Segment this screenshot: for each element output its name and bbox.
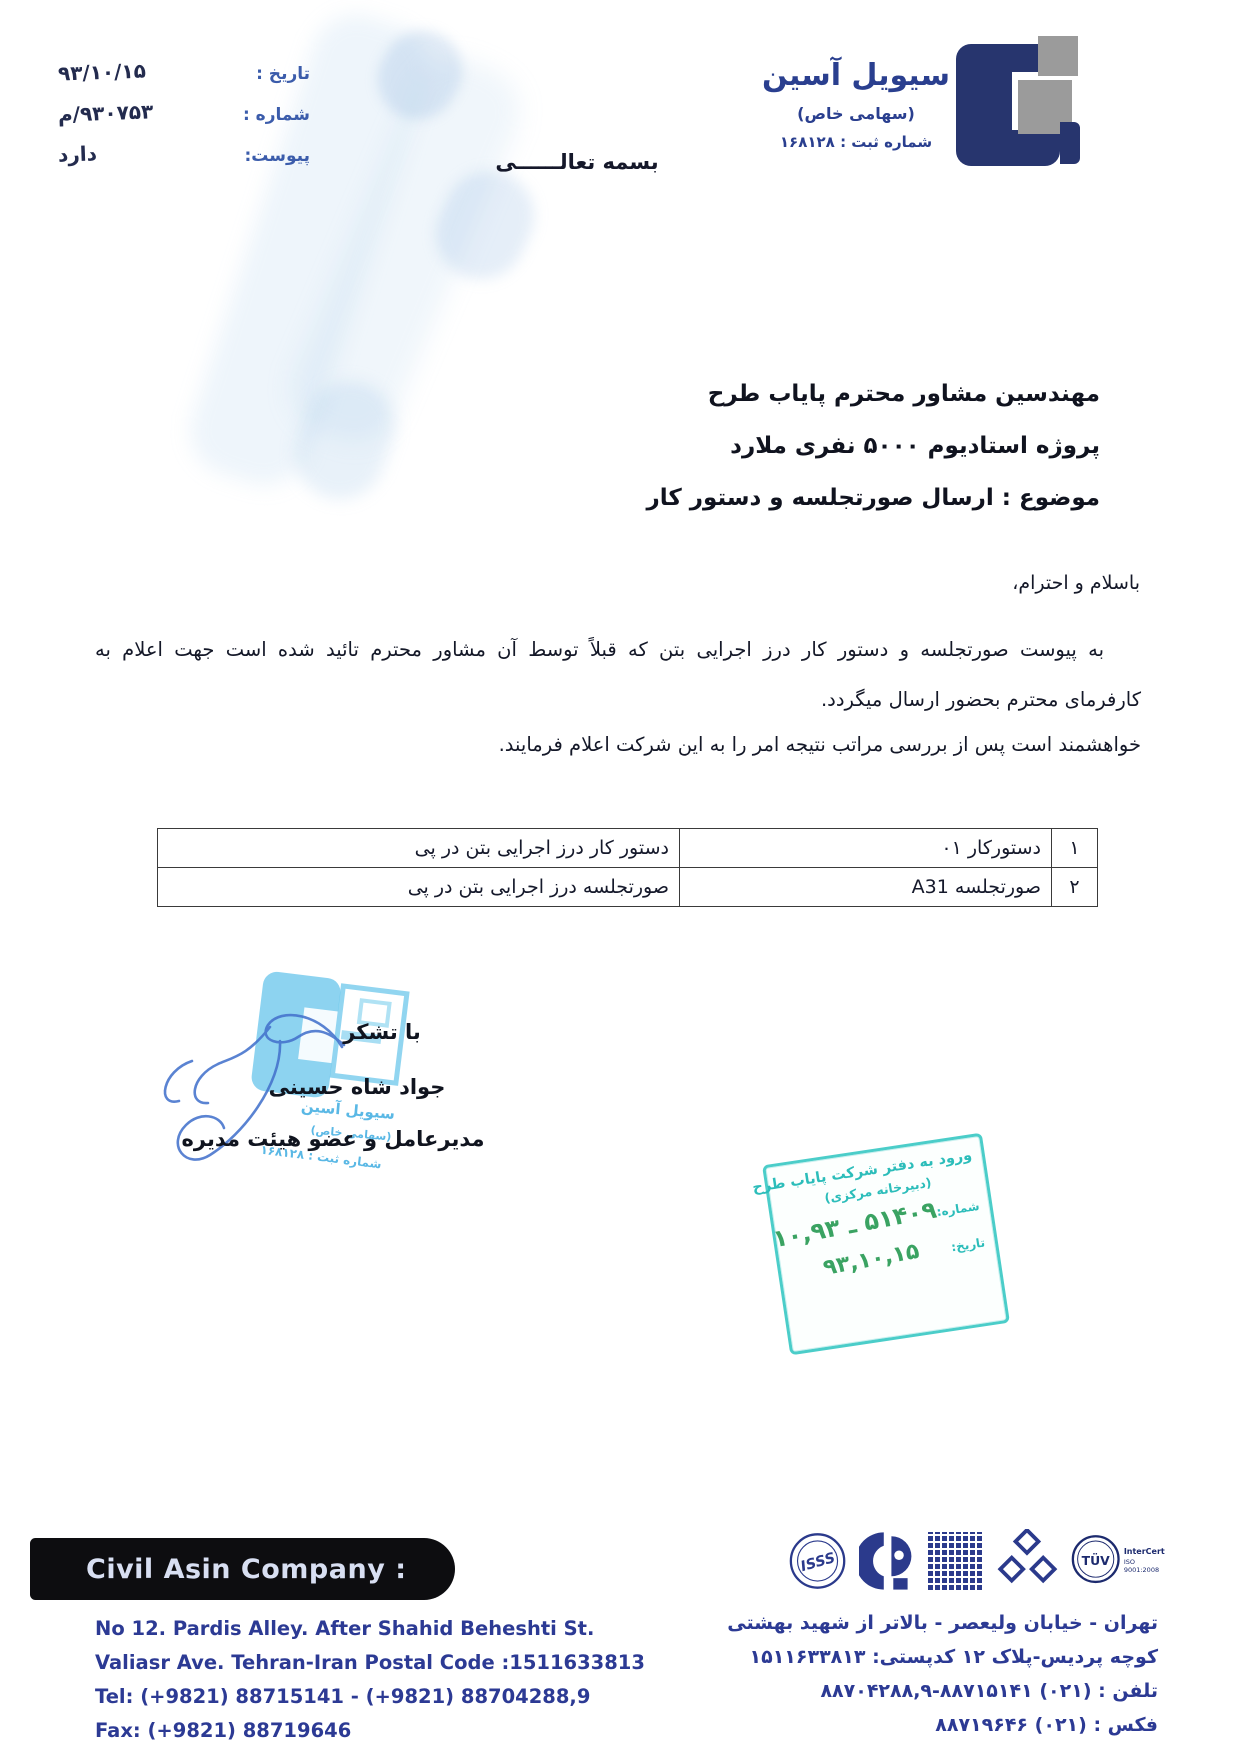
- cubes-logo: [996, 1529, 1059, 1593]
- company-banner: Civil Asin Company :: [30, 1538, 455, 1600]
- tuv-org: InterCert: [1124, 1548, 1170, 1556]
- attachment-field: پیوست: دارد: [58, 142, 310, 183]
- fa-fax-line: فکس : (۰۲۱) ۸۸۷۱۹۶۴۶: [638, 1708, 1158, 1742]
- fa-address-line-1: تهران - خیابان ولیعصر - بالاتر از شهید ب…: [638, 1606, 1158, 1640]
- attachment-value: دارد: [58, 141, 98, 166]
- isss-label: ISSS: [799, 1550, 837, 1575]
- salutation: باسلام و احترام،: [840, 572, 1140, 594]
- table-row: ۱ دستورکار ۰۱ دستور کار درز اجرایی بتن د…: [158, 829, 1098, 868]
- receipt-number-label: شماره:: [936, 1199, 981, 1219]
- company-block: سیویل آسین (سهامی خاص) شماره ثبت : ۱۶۸۱۲…: [758, 58, 954, 151]
- row-desc: صورتجلسه درز اجرایی بتن در پی: [158, 868, 680, 907]
- letter-page: سیویل آسین (سهامی خاص) شماره ثبت : ۱۶۸۱۲…: [0, 0, 1240, 1753]
- pie-logo: [859, 1529, 916, 1593]
- body-paragraph-2: کارفرمای محترم بحضور ارسال میگردد.: [600, 688, 1141, 711]
- number-field: شماره : ۹۳۰۷۵۳/م: [58, 101, 310, 142]
- fa-tel-line: تلفن : (۰۲۱) ۸۸۷۱۵۱۴۱-۸۸۷۰۴۲۸۸,۹: [638, 1674, 1158, 1708]
- signatory-name: جواد شاه حسینی: [252, 1075, 462, 1099]
- signatory-title: مدیرعامل و عضو هیئت مدیره: [168, 1127, 498, 1151]
- letter-meta-fields: تاریخ : ۹۳/۱۰/۱۵ شماره : ۹۳۰۷۵۳/م پیوست:…: [58, 60, 310, 183]
- tuv-iso: ISO 9001:2008: [1124, 1558, 1170, 1574]
- date-field: تاریخ : ۹۳/۱۰/۱۵: [58, 60, 310, 101]
- fa-address-line-2: کوچه پردیس-پلاک ۱۲ کدپستی: ۱۵۱۱۶۳۳۸۱۳: [638, 1640, 1158, 1674]
- date-label: تاریخ :: [256, 64, 310, 84]
- tuv-label: TÜV: [1082, 1553, 1110, 1568]
- attachments-table: ۱ دستورکار ۰۱ دستور کار درز اجرایی بتن د…: [157, 828, 1098, 907]
- number-value: ۹۳۰۷۵۳/م: [58, 99, 154, 126]
- date-value: ۹۳/۱۰/۱۵: [58, 58, 147, 85]
- english-address-block: No 12. Pardis Alley. After Shahid Behesh…: [95, 1612, 635, 1748]
- bismillah-heading: بسمه تعالــــــی: [462, 150, 692, 174]
- number-label: شماره :: [243, 105, 310, 125]
- isss-logo: ISSS: [788, 1529, 847, 1593]
- row-number: ۱: [1052, 829, 1098, 868]
- address-line-1: No 12. Pardis Alley. After Shahid Behesh…: [95, 1612, 635, 1646]
- tel-line: Tel: (+9821) 88715141 - (+9821) 88704288…: [95, 1680, 635, 1714]
- recipient-block: مهندسین مشاور محترم پایاب طرح پروژه استا…: [540, 368, 1100, 524]
- company-name: سیویل آسین: [758, 58, 954, 93]
- row-doc: دستورکار ۰۱: [680, 829, 1052, 868]
- address-line-2: Valiasr Ave. Tehran-Iran Postal Code :15…: [95, 1646, 635, 1680]
- subject-line: موضوع : ارسال صورتجلسه و دستور کار: [540, 472, 1100, 524]
- tuv-logo: TÜV InterCert ISO 9001:2008: [1070, 1531, 1170, 1591]
- fax-line: Fax: (+9821) 88719646: [95, 1714, 635, 1748]
- attachment-label: پیوست:: [245, 146, 311, 166]
- body-paragraph-1: به پیوست صورتجلسه و دستور کار درز اجرایی…: [95, 638, 1142, 661]
- project-line: پروژه استادیوم ۵۰۰۰ نفری ملارد: [540, 420, 1100, 472]
- company-banner-label: Civil Asin Company :: [86, 1554, 407, 1585]
- tuv-circle-icon: TÜV: [1070, 1531, 1121, 1591]
- row-number: ۲: [1052, 868, 1098, 907]
- building-grid-logo: [928, 1532, 983, 1590]
- company-type: (سهامی خاص): [758, 104, 954, 123]
- receipt-stamp: ورود به دفتر شرکت پایاب طرح (دبیرخانه مر…: [762, 1133, 1010, 1356]
- row-doc: صورتجلسه A31: [680, 868, 1052, 907]
- row-desc: دستور کار درز اجرایی بتن در پی: [158, 829, 680, 868]
- receipt-date-label: تاریخ:: [950, 1235, 986, 1254]
- company-logo: [956, 36, 1082, 168]
- signature-closing: با تشکر: [322, 1020, 442, 1044]
- table-row: ۲ صورتجلسه A31 صورتجلسه درز اجرایی بتن د…: [158, 868, 1098, 907]
- certification-logos: ISSS TÜV InterCert ISO 9001:2008: [788, 1524, 1170, 1598]
- recipient-line: مهندسین مشاور محترم پایاب طرح: [540, 368, 1100, 420]
- company-registration-number: شماره ثبت : ۱۶۸۱۲۸: [758, 133, 954, 151]
- body-paragraph-3: خواهشمند است پس از بررسی مراتب نتیجه امر…: [400, 733, 1141, 756]
- persian-address-block: تهران - خیابان ولیعصر - بالاتر از شهید ب…: [638, 1606, 1158, 1742]
- tuv-caption: InterCert ISO 9001:2008: [1124, 1548, 1170, 1574]
